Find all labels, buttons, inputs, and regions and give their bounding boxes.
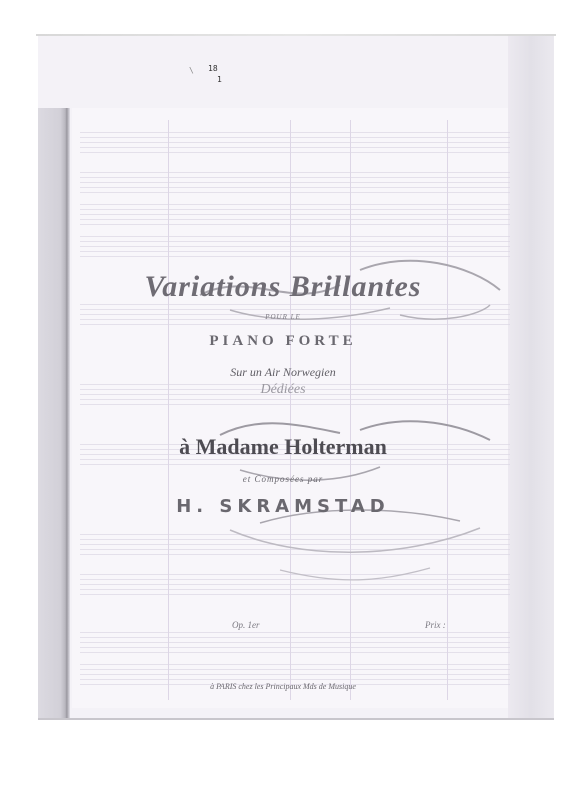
bleed-staff	[80, 168, 510, 194]
subtitle: Sur un Air Norwegien	[0, 365, 566, 380]
title: Variations Brillantes	[0, 270, 566, 304]
bleed-barline	[168, 120, 169, 700]
composer-name: H. SKRAMSTAD	[0, 496, 566, 517]
publisher-line: à PARIS chez les Principaux Mds de Musiq…	[0, 682, 566, 691]
opus-number: Op. 1er	[232, 620, 260, 630]
catalog-subnumber: 1	[217, 75, 222, 84]
dediees: Dédiées	[0, 382, 566, 398]
bleed-staff	[80, 628, 510, 654]
dedicatee: à Madame Holterman	[0, 434, 566, 460]
bleed-staff	[80, 200, 510, 226]
bleed-barline	[290, 120, 291, 700]
instrument: PIANO FORTE	[0, 333, 566, 350]
bleed-staff	[80, 128, 510, 154]
composed-by: et Composées par	[0, 474, 566, 484]
binding-spine	[38, 108, 70, 718]
catalog-number: 18	[208, 64, 218, 73]
price: Prix :	[425, 620, 446, 630]
slip-tick: \	[189, 66, 194, 75]
bottom-flourish	[200, 520, 500, 590]
pour-le: POUR LE	[0, 313, 566, 321]
bleed-barline	[447, 120, 448, 700]
bleed-barline	[350, 120, 351, 700]
